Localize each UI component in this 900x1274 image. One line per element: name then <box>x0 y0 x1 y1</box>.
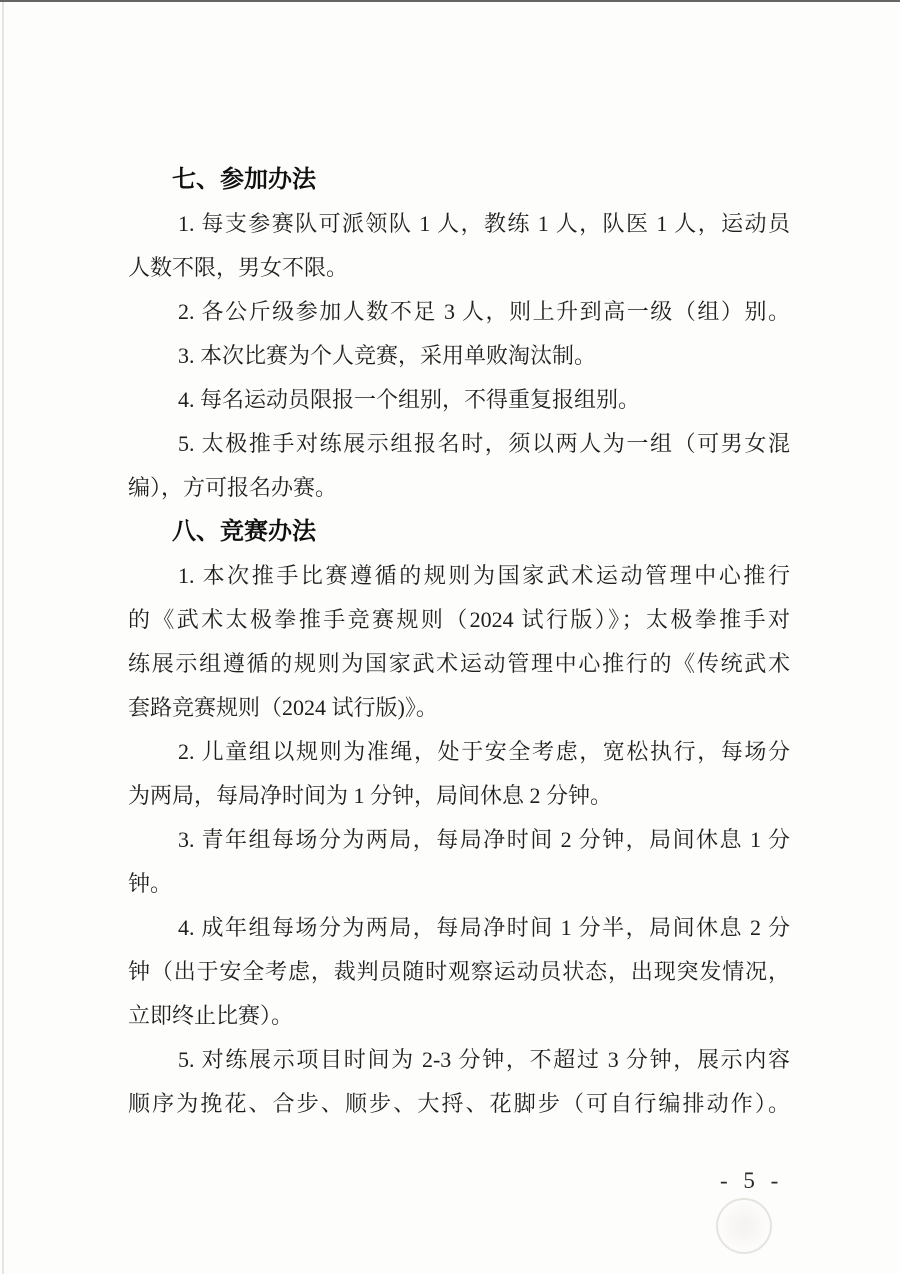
body-line: 5. 太极推手对练展示组报名时，须以两人为一组（可男女混 <box>128 422 790 466</box>
body-line: 4. 每名运动员限报一个组别，不得重复报组别。 <box>128 378 790 422</box>
section-heading-7: 七、参加办法 <box>128 158 790 202</box>
body-line: 2. 儿童组以规则为准绳，处于安全考虑，宽松执行，每场分 <box>128 730 790 774</box>
body-line: 钟。 <box>128 862 790 906</box>
seal-watermark <box>716 1198 772 1254</box>
body-line: 立即终止比赛）。 <box>128 994 790 1038</box>
body-line: 1. 本次推手比赛遵循的规则为国家武术运动管理中心推行 <box>128 554 790 598</box>
body-line: 钟（出于安全考虑，裁判员随时观察运动员状态，出现突发情况， <box>128 950 790 994</box>
body-line: 为两局，每局净时间为 1 分钟，局间休息 2 分钟。 <box>128 774 790 818</box>
scan-edge-top <box>0 0 900 2</box>
body-line: 的《武术太极拳推手竞赛规则（2024 试行版）》；太极拳推手对 <box>128 598 790 642</box>
body-line: 练展示组遵循的规则为国家武术运动管理中心推行的《传统武术 <box>128 642 790 686</box>
body-line: 4. 成年组每场分为两局，每局净时间 1 分半，局间休息 2 分 <box>128 906 790 950</box>
scan-edge-left <box>2 2 4 1274</box>
page-number: - 5 - <box>720 1168 783 1194</box>
document-page: 七、参加办法 1. 每支参赛队可派领队 1 人，教练 1 人，队医 1 人，运动… <box>128 158 790 1126</box>
body-line: 套路竞赛规则（2024 试行版)》。 <box>128 686 790 730</box>
body-line: 3. 青年组每场分为两局，每局净时间 2 分钟，局间休息 1 分 <box>128 818 790 862</box>
body-line: 1. 每支参赛队可派领队 1 人，教练 1 人，队医 1 人，运动员 <box>128 202 790 246</box>
body-line: 顺序为挽花、合步、顺步、大捋、花脚步（可自行编排动作）。 <box>128 1082 790 1126</box>
body-line: 5. 对练展示项目时间为 2-3 分钟，不超过 3 分钟，展示内容 <box>128 1038 790 1082</box>
body-line: 编），方可报名办赛。 <box>128 466 790 510</box>
body-line: 2. 各公斤级参加人数不足 3 人，则上升到高一级（组）别。 <box>128 290 790 334</box>
body-line: 3. 本次比赛为个人竞赛，采用单败淘汰制。 <box>128 334 790 378</box>
section-heading-8: 八、竞赛办法 <box>128 510 790 554</box>
body-line: 人数不限，男女不限。 <box>128 246 790 290</box>
